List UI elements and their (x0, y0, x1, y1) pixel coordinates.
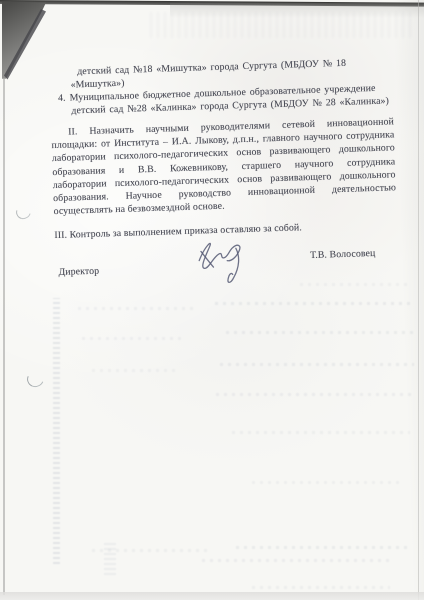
signer-title: Директор (58, 266, 99, 278)
list-item-4-number: 4. (58, 92, 66, 105)
scanned-page: детский сад №18 «Мишутка» города Сургута… (0, 0, 424, 600)
document-content: детский сад №18 «Мишутка» города Сургута… (0, 0, 424, 600)
paragraph-ii: II. Назначить научными руководителями се… (51, 115, 397, 218)
numbered-list: детский сад №18 «Мишутка» города Сургута… (57, 55, 392, 117)
signatory-name: Т.В. Волосовец (310, 248, 376, 261)
handwritten-signature (188, 234, 252, 294)
